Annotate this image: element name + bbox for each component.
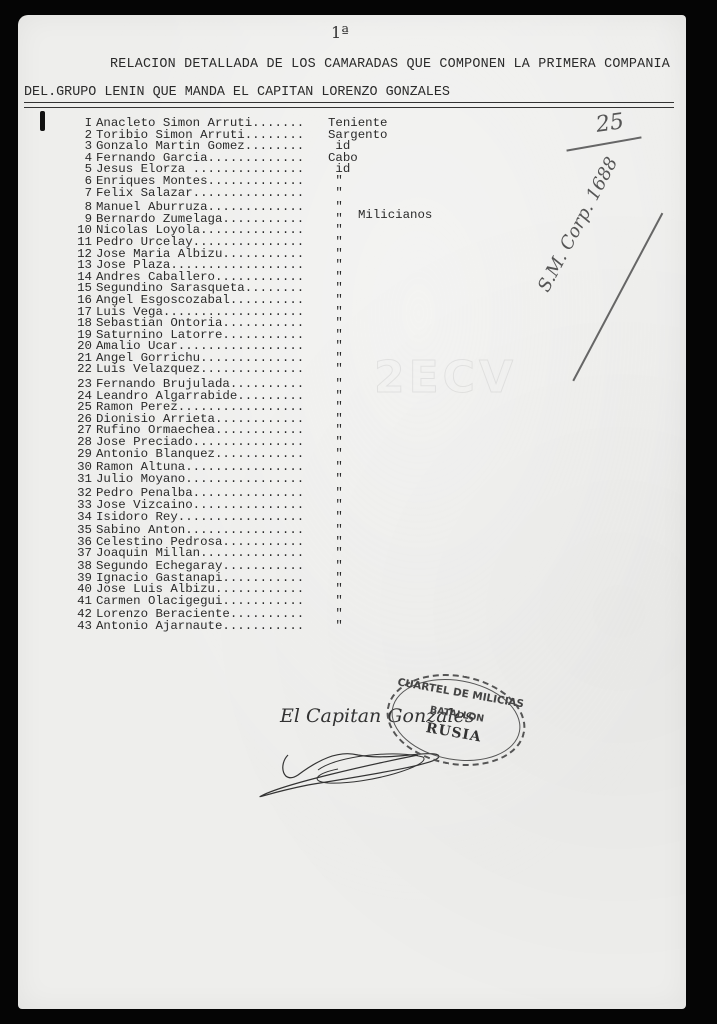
document-title-line1: RELACION DETALLADA DE LOS CAMARADAS QUE … — [110, 57, 670, 72]
roster-rank: " — [328, 621, 343, 633]
roster-row: 7Felix Salazar............... " — [70, 188, 92, 200]
roster-rank: " — [328, 449, 343, 461]
roster-name: Isidoro Rey................. — [96, 512, 304, 524]
roster-name: Antonio Ajarnaute........... — [96, 621, 304, 633]
roster-number: 7 — [70, 188, 92, 200]
roster-number: 41 — [70, 596, 92, 608]
roster-row: 34Isidoro Rey................. " — [70, 512, 92, 524]
roster-number: 29 — [70, 449, 92, 461]
roster-name: Carmen Olacigegui........... — [96, 596, 304, 608]
roster-name: Luis Velazquez.............. — [96, 364, 304, 376]
roster-name: Antonio Blanquez............ — [96, 449, 304, 461]
roster-rank: " — [328, 474, 343, 486]
roster-number: 31 — [70, 474, 92, 486]
roster-row: 41Carmen Olacigegui........... " — [70, 596, 92, 608]
roster-row: 22Luis Velazquez.............. " — [70, 364, 92, 376]
page-number: 1ª — [331, 23, 349, 42]
document-title-line2: DEL.GRUPO LENIN QUE MANDA EL CAPITAN LOR… — [24, 85, 450, 100]
roster-row: 29Antonio Blanquez............ " — [70, 449, 92, 461]
roster-row: 43Antonio Ajarnaute........... " — [70, 621, 92, 633]
roster-rank: " — [328, 364, 343, 376]
roster-number: 22 — [70, 364, 92, 376]
double-rule-divider — [24, 102, 674, 108]
roster-name: Julio Moyano................ — [96, 474, 304, 486]
roster-list: IAnacleto Simon Arruti.......Teniente2To… — [70, 118, 92, 633]
handwritten-folio-number: 25 — [594, 109, 625, 138]
roster-number: 43 — [70, 621, 92, 633]
margin-ink-mark — [40, 111, 45, 131]
roster-row: 31Julio Moyano................ " — [70, 474, 92, 486]
roster-rank: " — [328, 596, 343, 608]
roster-number: 34 — [70, 512, 92, 524]
faint-watermark-stamp: 2ECV — [374, 352, 517, 403]
roster-name: Felix Salazar............... — [96, 188, 304, 200]
roster-rank: " — [328, 188, 343, 200]
document-page: 1ª RELACION DETALLADA DE LOS CAMARADAS Q… — [18, 15, 686, 1009]
roster-rank: " — [328, 512, 343, 524]
group-label-milicianos: Milicianos — [358, 208, 432, 222]
